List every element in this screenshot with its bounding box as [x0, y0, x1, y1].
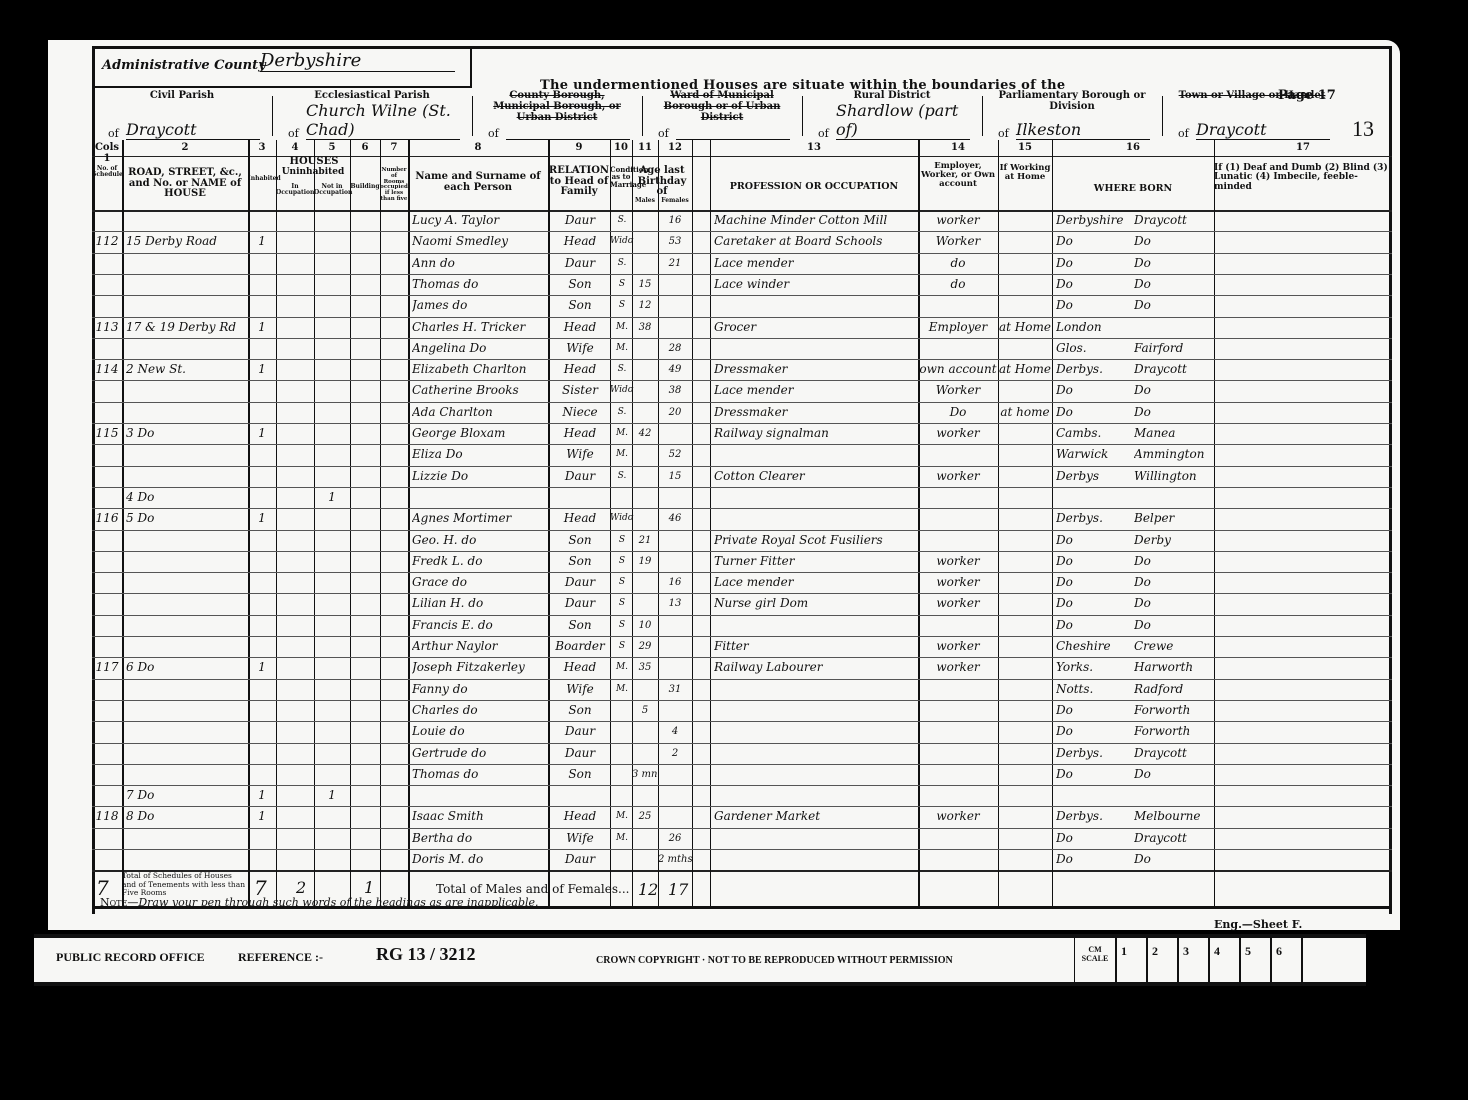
table-row: 1142 New St.1Elizabeth CharltonHeadS.49D… [92, 359, 1392, 380]
cell-rel: Daur [550, 572, 610, 593]
column-header: If Working at Home [998, 164, 1052, 182]
cell-name [412, 487, 548, 508]
cell-occ: Dressmaker [714, 359, 918, 380]
cell-emp: worker [918, 572, 998, 593]
cell-sched [92, 828, 122, 849]
cell-unocc [314, 530, 350, 551]
cell-home [998, 530, 1052, 551]
column-header: HOUSES [248, 157, 380, 168]
cell-born2: Forworth [1134, 721, 1214, 742]
cell-m [632, 572, 658, 593]
cell-emp [918, 700, 998, 721]
cell-inh: 1 [248, 423, 276, 444]
cell-born2: Ammington [1134, 444, 1214, 465]
admin-county-box: Administrative County Derbyshire [92, 46, 472, 88]
cell-inh: 1 [248, 317, 276, 338]
cell-sched: 114 [92, 359, 122, 380]
cell-sched [92, 487, 122, 508]
cell-name: Isaac Smith [412, 806, 548, 827]
cell-addr [126, 615, 248, 636]
column-header: Name and Surname of each Person [408, 172, 548, 193]
boundary-5: Parliamentary Borough or DivisionofIlkes… [990, 90, 1154, 142]
note: Note—Draw your pen through such words of… [100, 896, 539, 909]
boundary-of: of [998, 127, 1009, 140]
cell-rel: Daur [550, 721, 610, 742]
cell-m [632, 402, 658, 423]
cell-sched [92, 295, 122, 316]
cell-m: 35 [632, 657, 658, 678]
boundary-value: Church Wilne (St. Chad) [306, 101, 460, 140]
cell-f [658, 785, 692, 806]
boundary-3: Ward of Municipal Borough or of Urban Di… [650, 90, 794, 142]
cell-rel: Son [550, 530, 610, 551]
cell-home [998, 721, 1052, 742]
scale-mark: 3 [1177, 936, 1208, 986]
cell-name: Louie do [412, 721, 548, 742]
boundary-0: Civil ParishofDraycott [100, 90, 264, 142]
cell-born1: Do [1056, 615, 1134, 636]
cell-rel: Head [550, 508, 610, 529]
table-row: Catherine BrooksSisterWidow38Lace mender… [92, 380, 1392, 401]
table-row: Gertrude doDaur2Derbys.Draycott [92, 743, 1392, 764]
cell-m [632, 359, 658, 380]
cell-f [658, 700, 692, 721]
cell-inh [248, 402, 276, 423]
column-number: 3 [248, 142, 276, 153]
cell-m [632, 380, 658, 401]
cell-rel: Daur [550, 593, 610, 614]
cell-occ: Lace mender [714, 253, 918, 274]
cell-m: 29 [632, 636, 658, 657]
boundary-value: Draycott [126, 120, 260, 140]
cell-born2: Harworth [1134, 657, 1214, 678]
cell-unocc [314, 253, 350, 274]
boundary-value: Draycott [1196, 120, 1330, 140]
cell-occ: Machine Minder Cotton Mill [714, 210, 918, 231]
cell-unocc [314, 657, 350, 678]
cell-unocc [314, 700, 350, 721]
cell-unocc [314, 295, 350, 316]
cell-addr: 5 Do [126, 508, 248, 529]
cell-m [632, 849, 658, 870]
cell-cond: M. [610, 338, 634, 359]
cell-occ [714, 615, 918, 636]
cell-occ: Gardener Market [714, 806, 918, 827]
cell-unocc [314, 849, 350, 870]
cell-born1: Cambs. [1056, 423, 1134, 444]
cell-home [998, 572, 1052, 593]
cell-born1: Glos. [1056, 338, 1134, 359]
cell-name: Lilian H. do [412, 593, 548, 614]
cell-f [658, 317, 692, 338]
cell-rel: Wife [550, 828, 610, 849]
cell-home [998, 785, 1052, 806]
boundary-of: of [488, 127, 499, 140]
boundary-of: of [818, 127, 829, 140]
cell-inh [248, 764, 276, 785]
cell-addr [126, 466, 248, 487]
cell-occ [714, 828, 918, 849]
cell-occ [714, 849, 918, 870]
cell-inh [248, 572, 276, 593]
cell-rel: Head [550, 657, 610, 678]
cell-f: 53 [658, 231, 692, 252]
table-row: Fanny doWifeM.31Notts.Radford [92, 679, 1392, 700]
column-header: Condition as to Marriage [610, 166, 632, 188]
cell-emp: do [918, 253, 998, 274]
table-row: Lilian H. doDaurS13Nurse girl DomworkerD… [92, 593, 1392, 614]
cell-occ: Dressmaker [714, 402, 918, 423]
cell-rel [550, 487, 610, 508]
cell-emp [918, 615, 998, 636]
cell-name: Joseph Fitzakerley [412, 657, 548, 678]
column-header: ROAD, STREET, &c., and No. or NAME of HO… [122, 168, 248, 200]
cell-home: at Home [998, 317, 1052, 338]
cell-emp [918, 679, 998, 700]
cell-addr [126, 679, 248, 700]
cell-f: 49 [658, 359, 692, 380]
cell-occ: Nurse girl Dom [714, 593, 918, 614]
column-number: 10 [610, 142, 632, 153]
cell-rel: Daur [550, 849, 610, 870]
cell-inh [248, 679, 276, 700]
boundary-of: of [288, 127, 299, 140]
cell-f: 15 [658, 466, 692, 487]
table-row: Ada CharltonNieceS.20DressmakerDoat home… [92, 402, 1392, 423]
cell-f: 20 [658, 402, 692, 423]
cell-sched [92, 764, 122, 785]
cell-unocc [314, 615, 350, 636]
cell-unocc [314, 231, 350, 252]
cell-sched: 118 [92, 806, 122, 827]
column-header: In Occupation [276, 184, 314, 197]
cell-inh: 1 [248, 231, 276, 252]
cell-inh [248, 253, 276, 274]
cell-born1: Do [1056, 295, 1134, 316]
column-number: 5 [314, 142, 350, 153]
cell-f [658, 274, 692, 295]
boundary-label: Town or Village or Hamlet [1170, 90, 1334, 101]
cell-m [632, 593, 658, 614]
cell-addr: 7 Do [126, 785, 248, 806]
cell-m [632, 721, 658, 742]
cell-sched [92, 338, 122, 359]
cell-name: Charles do [412, 700, 548, 721]
cell-home [998, 764, 1052, 785]
cell-name: James do [412, 295, 548, 316]
column-number: 12 [658, 142, 692, 153]
cell-rel: Daur [550, 210, 610, 231]
column-number: Cols 1 [92, 142, 122, 164]
cell-name: Lucy A. Taylor [412, 210, 548, 231]
cell-f: 16 [658, 210, 692, 231]
cell-cond [610, 700, 634, 721]
cell-addr [126, 743, 248, 764]
cell-home [998, 231, 1052, 252]
cell-m [632, 466, 658, 487]
cell-addr [126, 593, 248, 614]
cell-occ: Caretaker at Board Schools [714, 231, 918, 252]
cell-cond: S [610, 615, 634, 636]
cell-born1: Do [1056, 530, 1134, 551]
column-number: 14 [918, 142, 998, 153]
cell-f: 26 [658, 828, 692, 849]
cell-born1: Derbys. [1056, 359, 1134, 380]
cell-inh [248, 721, 276, 742]
cell-home [998, 828, 1052, 849]
cell-rel: Head [550, 359, 610, 380]
cell-addr [126, 551, 248, 572]
cell-home [998, 274, 1052, 295]
table-row: Geo. H. doSonS21Private Royal Scot Fusil… [92, 530, 1392, 551]
cell-sched [92, 402, 122, 423]
boundary-of: of [108, 127, 119, 140]
cell-occ: Lace winder [714, 274, 918, 295]
cell-emp [918, 849, 998, 870]
cell-occ [714, 508, 918, 529]
column-header: WHERE BORN [1052, 184, 1214, 194]
cell-occ [714, 743, 918, 764]
cell-unocc: 1 [314, 487, 350, 508]
cell-m [632, 231, 658, 252]
cell-rel: Son [550, 700, 610, 721]
cell-rel: Daur [550, 466, 610, 487]
scale-tail [1301, 936, 1389, 986]
cell-f [658, 530, 692, 551]
cell-emp: own account [918, 359, 998, 380]
cell-unocc [314, 402, 350, 423]
cell-cond: Widow [610, 231, 634, 252]
cell-sched [92, 210, 122, 231]
cell-emp [918, 487, 998, 508]
table-row: Eliza DoWifeM.52WarwickAmmington [92, 444, 1392, 465]
cell-rel: Sister [550, 380, 610, 401]
scale-mark: 5 [1239, 936, 1270, 986]
cell-born1: Cheshire [1056, 636, 1134, 657]
cell-m: 10 [632, 615, 658, 636]
cell-m [632, 338, 658, 359]
cell-inh [248, 295, 276, 316]
cell-sched [92, 743, 122, 764]
cell-sched [92, 466, 122, 487]
cell-born1: Do [1056, 828, 1134, 849]
boundary-label: Parliamentary Borough or Division [990, 90, 1154, 112]
cell-emp: worker [918, 636, 998, 657]
cell-inh [248, 210, 276, 231]
cell-inh: 1 [248, 359, 276, 380]
column-header: Number of Rooms occupied if less than fi… [380, 168, 408, 203]
cell-rel: Head [550, 806, 610, 827]
cell-occ: Railway signalman [714, 423, 918, 444]
cell-rel [550, 785, 610, 806]
cell-sched: 112 [92, 231, 122, 252]
cell-born1: Notts. [1056, 679, 1134, 700]
cell-name: Geo. H. do [412, 530, 548, 551]
cell-addr [126, 444, 248, 465]
cell-name: Fanny do [412, 679, 548, 700]
boundary-divider [1162, 96, 1163, 136]
cell-name: Bertha do [412, 828, 548, 849]
cell-born1: Warwick [1056, 444, 1134, 465]
cell-rel: Son [550, 274, 610, 295]
cell-born2: Do [1134, 849, 1214, 870]
cell-born2: Do [1134, 402, 1214, 423]
cell-occ: Lace mender [714, 380, 918, 401]
cell-unocc [314, 380, 350, 401]
cell-inh [248, 828, 276, 849]
cell-emp [918, 530, 998, 551]
cell-cond: S [610, 295, 634, 316]
cell-unocc [314, 423, 350, 444]
cell-occ: Private Royal Scot Fusiliers [714, 530, 918, 551]
copyright-notice: CROWN COPYRIGHT · NOT TO BE REPRODUCED W… [596, 955, 953, 966]
cell-m: 5 [632, 700, 658, 721]
cell-cond: S [610, 636, 634, 657]
scale-mark: 2 [1146, 936, 1177, 986]
cell-inh [248, 743, 276, 764]
cell-inh [248, 636, 276, 657]
cell-inh: 1 [248, 508, 276, 529]
cell-rel: Son [550, 764, 610, 785]
cell-born1: Do [1056, 551, 1134, 572]
cell-born1: Do [1056, 572, 1134, 593]
cell-m: 38 [632, 317, 658, 338]
cell-cond: M. [610, 828, 634, 849]
cell-sched [92, 380, 122, 401]
cell-inh [248, 551, 276, 572]
cell-sched [92, 593, 122, 614]
cell-occ: Cotton Clearer [714, 466, 918, 487]
cell-occ: Fitter [714, 636, 918, 657]
cell-f [658, 636, 692, 657]
cell-occ: Railway Labourer [714, 657, 918, 678]
cell-born1: Derbys. [1056, 743, 1134, 764]
cell-cond: S. [610, 210, 634, 231]
cell-f [658, 764, 692, 785]
cell-addr [126, 338, 248, 359]
cell-born1: Do [1056, 764, 1134, 785]
column-number: 15 [998, 142, 1052, 153]
column-number: 9 [548, 142, 610, 153]
cell-unocc [314, 274, 350, 295]
cell-born2: Crewe [1134, 636, 1214, 657]
table-row: 11317 & 19 Derby Rd1Charles H. TrickerHe… [92, 317, 1392, 338]
total-females: 17 [668, 880, 688, 899]
cell-born2: Fairford [1134, 338, 1214, 359]
cell-emp: Do [918, 402, 998, 423]
cell-emp: worker [918, 806, 998, 827]
table-row: Charles doSon5DoForworth [92, 700, 1392, 721]
cell-name: Lizzie Do [412, 466, 548, 487]
cell-name: Grace do [412, 572, 548, 593]
cell-addr [126, 274, 248, 295]
cell-born2: Do [1134, 615, 1214, 636]
cell-sched [92, 700, 122, 721]
cell-cond: M. [610, 806, 634, 827]
cell-born1: Do [1056, 274, 1134, 295]
table-row: Doris M. doDaur2 mthsDoDo [92, 849, 1392, 870]
cell-emp [918, 721, 998, 742]
cell-cond: Widow [610, 380, 634, 401]
cell-cond: S. [610, 402, 634, 423]
cell-rel: Head [550, 317, 610, 338]
column-number: 13 [710, 142, 918, 153]
cell-m: 12 [632, 295, 658, 316]
column-number: 7 [380, 142, 408, 153]
table-row: 4 Do1 [92, 487, 1392, 508]
cell-inh [248, 700, 276, 721]
cell-inh [248, 615, 276, 636]
cell-occ [714, 700, 918, 721]
cell-unocc [314, 764, 350, 785]
cell-cond [610, 849, 634, 870]
office-label: PUBLIC RECORD OFFICE [56, 950, 205, 965]
totals-label: Total of Schedules of Houses and of Tene… [122, 872, 246, 897]
cell-name: Agnes Mortimer [412, 508, 548, 529]
cell-cond: M. [610, 444, 634, 465]
cell-unocc [314, 317, 350, 338]
boundary-divider [802, 96, 803, 136]
cell-born1: Derbys. [1056, 508, 1134, 529]
cm-scale: CM SCALE 123456 [1074, 936, 1389, 986]
cell-addr: 3 Do [126, 423, 248, 444]
cell-sched [92, 615, 122, 636]
cell-home [998, 295, 1052, 316]
cell-born2: Do [1134, 551, 1214, 572]
cell-rel: Wife [550, 679, 610, 700]
cell-cond: S [610, 274, 634, 295]
cell-f: 21 [658, 253, 692, 274]
cell-inh: 1 [248, 785, 276, 806]
cell-sched [92, 785, 122, 806]
cell-inh [248, 849, 276, 870]
cell-addr: 6 Do [126, 657, 248, 678]
reference-value: RG 13 / 3212 [376, 944, 476, 965]
cell-sched [92, 636, 122, 657]
cell-inh [248, 274, 276, 295]
cell-inh [248, 530, 276, 551]
boundary-1: Ecclesiastical ParishofChurch Wilne (St.… [280, 90, 464, 142]
cell-sched [92, 530, 122, 551]
cell-cond: M. [610, 679, 634, 700]
cell-born2: Do [1134, 253, 1214, 274]
cell-born1: Derbys [1056, 466, 1134, 487]
cell-sched: 115 [92, 423, 122, 444]
cell-emp: worker [918, 657, 998, 678]
cell-born2: Radford [1134, 679, 1214, 700]
cell-f: 2 mths [658, 849, 692, 870]
table-row: Ann doDaurS.21Lace menderdoDoDo [92, 253, 1392, 274]
cell-cond: M. [610, 317, 634, 338]
boundary-value: Shardlow (part of) [836, 101, 970, 140]
boundary-label: Civil Parish [100, 90, 264, 101]
table-row: Bertha doWifeM.26DoDraycott [92, 828, 1392, 849]
cell-name [412, 785, 548, 806]
cell-home [998, 849, 1052, 870]
column-number: 8 [408, 142, 548, 153]
cell-name: Charles H. Tricker [412, 317, 548, 338]
cell-emp: worker [918, 593, 998, 614]
cell-rel: Daur [550, 253, 610, 274]
cell-inh [248, 380, 276, 401]
cell-unocc [314, 828, 350, 849]
cell-born2: Draycott [1134, 743, 1214, 764]
cell-unocc [314, 572, 350, 593]
boundary-divider [272, 96, 273, 136]
cell-unocc [314, 743, 350, 764]
cell-unocc [314, 338, 350, 359]
cell-rel: Niece [550, 402, 610, 423]
